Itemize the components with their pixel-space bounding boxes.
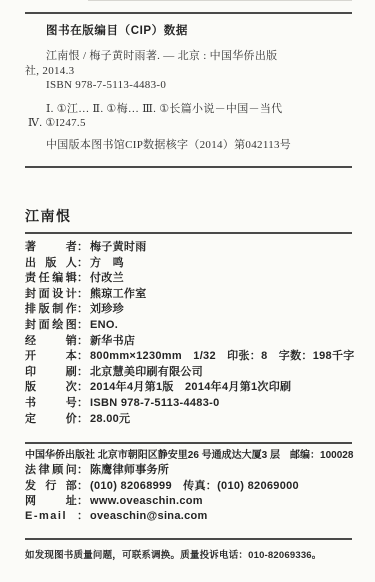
cip-class-line-2: Ⅳ. ①I247.5 bbox=[25, 117, 86, 129]
credit-label: 版次 bbox=[25, 380, 77, 396]
cip-entry-line-2: 社, 2014.3 bbox=[25, 65, 74, 77]
credit-row-format: 开本：800mm×1230mm 1/32 印张：8 字数：198千字 bbox=[25, 349, 360, 365]
colon: ： bbox=[77, 302, 90, 318]
credit-row-edition: 版次：2014年4月第1版 2014年4月第1次印刷 bbox=[25, 380, 360, 396]
credit-label: 经销 bbox=[25, 334, 77, 350]
credit-value: ISBN 978-7-5113-4483-0 bbox=[90, 397, 220, 409]
colon: ： bbox=[77, 240, 90, 256]
colon: ： bbox=[77, 412, 90, 428]
publisher-address: 中国华侨出版社 北京市朝阳区静安里26 号通成达大厦3 层 邮编：100028 bbox=[25, 448, 365, 463]
publisher-row-email: E-mail：oveaschin@sina.com bbox=[25, 509, 365, 524]
credit-row-isbn: 书号：ISBN 978-7-5113-4483-0 bbox=[25, 396, 360, 412]
credit-row-cover-design: 封面设计：熊琼工作室 bbox=[25, 287, 360, 303]
publisher-row-sales: 发行部：(010) 82068999 传真：(010) 82069000 bbox=[25, 479, 365, 494]
cip-record-line: 中国版本图书馆CIP数据核字（2014）第042113号 bbox=[25, 139, 291, 151]
publisher-block: 中国华侨出版社 北京市朝阳区静安里26 号通成达大厦3 层 邮编：100028 … bbox=[25, 448, 365, 524]
colon: ： bbox=[77, 365, 90, 381]
colon: ： bbox=[77, 509, 90, 524]
cip-heading: 图书在版编目（CIP）数据 bbox=[25, 24, 355, 38]
publisher-row-legal: 法律顾问：陈鹰律师事务所 bbox=[25, 463, 365, 478]
credit-label: 责任编辑 bbox=[25, 271, 77, 287]
credit-row-author: 著者：梅子黄时雨 bbox=[25, 240, 360, 256]
credit-value: ENO. bbox=[90, 319, 118, 331]
publisher-label: 网址 bbox=[25, 494, 77, 509]
copyright-page: 图书在版编目（CIP）数据 江南恨 / 梅子黄时雨著. — 北京 : 中国华侨出… bbox=[0, 0, 375, 582]
credit-label: 出版人 bbox=[25, 256, 77, 272]
colon: ： bbox=[77, 334, 90, 350]
divider-above-publisher bbox=[25, 442, 352, 444]
credit-value: 熊琼工作室 bbox=[90, 288, 147, 300]
colon: ： bbox=[77, 349, 90, 365]
page-edge-line bbox=[88, 0, 352, 1]
colon: ： bbox=[77, 494, 90, 509]
credit-value: 梅子黄时雨 bbox=[90, 241, 147, 253]
divider-below-title bbox=[25, 232, 352, 234]
cip-entry-line-1: 江南恨 / 梅子黄时雨著. — 北京 : 中国华侨出版 bbox=[25, 50, 277, 62]
colon: ： bbox=[77, 256, 90, 272]
colon: ： bbox=[77, 463, 90, 478]
publisher-value: (010) 82068999 传真：(010) 82069000 bbox=[90, 480, 299, 492]
credit-row-printing: 印刷：北京慧美印刷有限公司 bbox=[25, 365, 360, 381]
credit-value: 方 鸣 bbox=[90, 257, 124, 269]
credit-value: 2014年4月第1版 2014年4月第1次印刷 bbox=[90, 381, 291, 393]
divider-above-footer bbox=[25, 538, 352, 540]
colon: ： bbox=[77, 380, 90, 396]
colon: ： bbox=[77, 271, 90, 287]
colon: ： bbox=[77, 318, 90, 334]
cip-entry: 江南恨 / 梅子黄时雨著. — 北京 : 中国华侨出版 社, 2014.3 IS… bbox=[25, 49, 355, 93]
credits-block: 著者：梅子黄时雨 出版人：方 鸣 责任编辑：付改兰 封面设计：熊琼工作室 排版制… bbox=[25, 240, 360, 427]
credit-label: 著者 bbox=[25, 240, 77, 256]
cip-record: 中国版本图书馆CIP数据核字（2014）第042113号 bbox=[25, 138, 355, 153]
credit-row-cover-art: 封面绘图：ENO. bbox=[25, 318, 360, 334]
credit-label: 封面绘图 bbox=[25, 318, 77, 334]
cip-classification: Ⅰ. ①江… Ⅱ. ①梅… Ⅲ. ①长篇小说－中国－当代 Ⅳ. ①I247.5 bbox=[25, 102, 355, 131]
credit-label: 排版制作 bbox=[25, 302, 77, 318]
credit-row-publisher-person: 出版人：方 鸣 bbox=[25, 256, 360, 272]
credit-value: 刘珍珍 bbox=[90, 303, 124, 315]
credit-value: 800mm×1230mm 1/32 印张：8 字数：198千字 bbox=[90, 350, 355, 362]
cip-class-line-1: Ⅰ. ①江… Ⅱ. ①梅… Ⅲ. ①长篇小说－中国－当代 bbox=[25, 103, 282, 115]
divider-above-title bbox=[25, 166, 352, 168]
publisher-value: 陈鹰律师事务所 bbox=[90, 464, 169, 476]
credit-row-price: 定价：28.00元 bbox=[25, 412, 360, 428]
credit-label: 印刷 bbox=[25, 365, 77, 381]
publisher-row-website: 网址：www.oveaschin.com bbox=[25, 494, 365, 509]
book-title: 江南恨 bbox=[25, 206, 72, 226]
credit-value: 新华书店 bbox=[90, 335, 135, 347]
credit-row-editor: 责任编辑：付改兰 bbox=[25, 271, 360, 287]
credit-row-typesetting: 排版制作：刘珍珍 bbox=[25, 302, 360, 318]
credit-row-distribution: 经销：新华书店 bbox=[25, 334, 360, 350]
publisher-label: 法律顾问 bbox=[25, 463, 77, 478]
colon: ： bbox=[77, 479, 90, 494]
credit-value: 北京慧美印刷有限公司 bbox=[90, 366, 203, 378]
credit-label: 开本 bbox=[25, 349, 77, 365]
publisher-email-address: oveaschin@sina.com bbox=[90, 510, 208, 522]
publisher-label: E-mail bbox=[25, 509, 77, 524]
credit-label: 定价 bbox=[25, 412, 77, 428]
quality-complaint-note: 如发现图书质量问题，可联系调换。质量投诉电话：010-82069336。 bbox=[25, 547, 355, 561]
credit-label: 封面设计 bbox=[25, 287, 77, 303]
cip-entry-line-3: ISBN 978-7-5113-4483-0 bbox=[25, 79, 166, 91]
publisher-label: 发行部 bbox=[25, 479, 77, 494]
divider-top bbox=[25, 12, 352, 14]
credit-value: 付改兰 bbox=[90, 272, 124, 284]
cip-data-block: 图书在版编目（CIP）数据 江南恨 / 梅子黄时雨著. — 北京 : 中国华侨出… bbox=[25, 24, 355, 152]
colon: ： bbox=[77, 396, 90, 412]
colon: ： bbox=[77, 287, 90, 303]
credit-label: 书号 bbox=[25, 396, 77, 412]
credit-value: 28.00元 bbox=[90, 413, 130, 425]
publisher-website-url: www.oveaschin.com bbox=[90, 495, 203, 507]
